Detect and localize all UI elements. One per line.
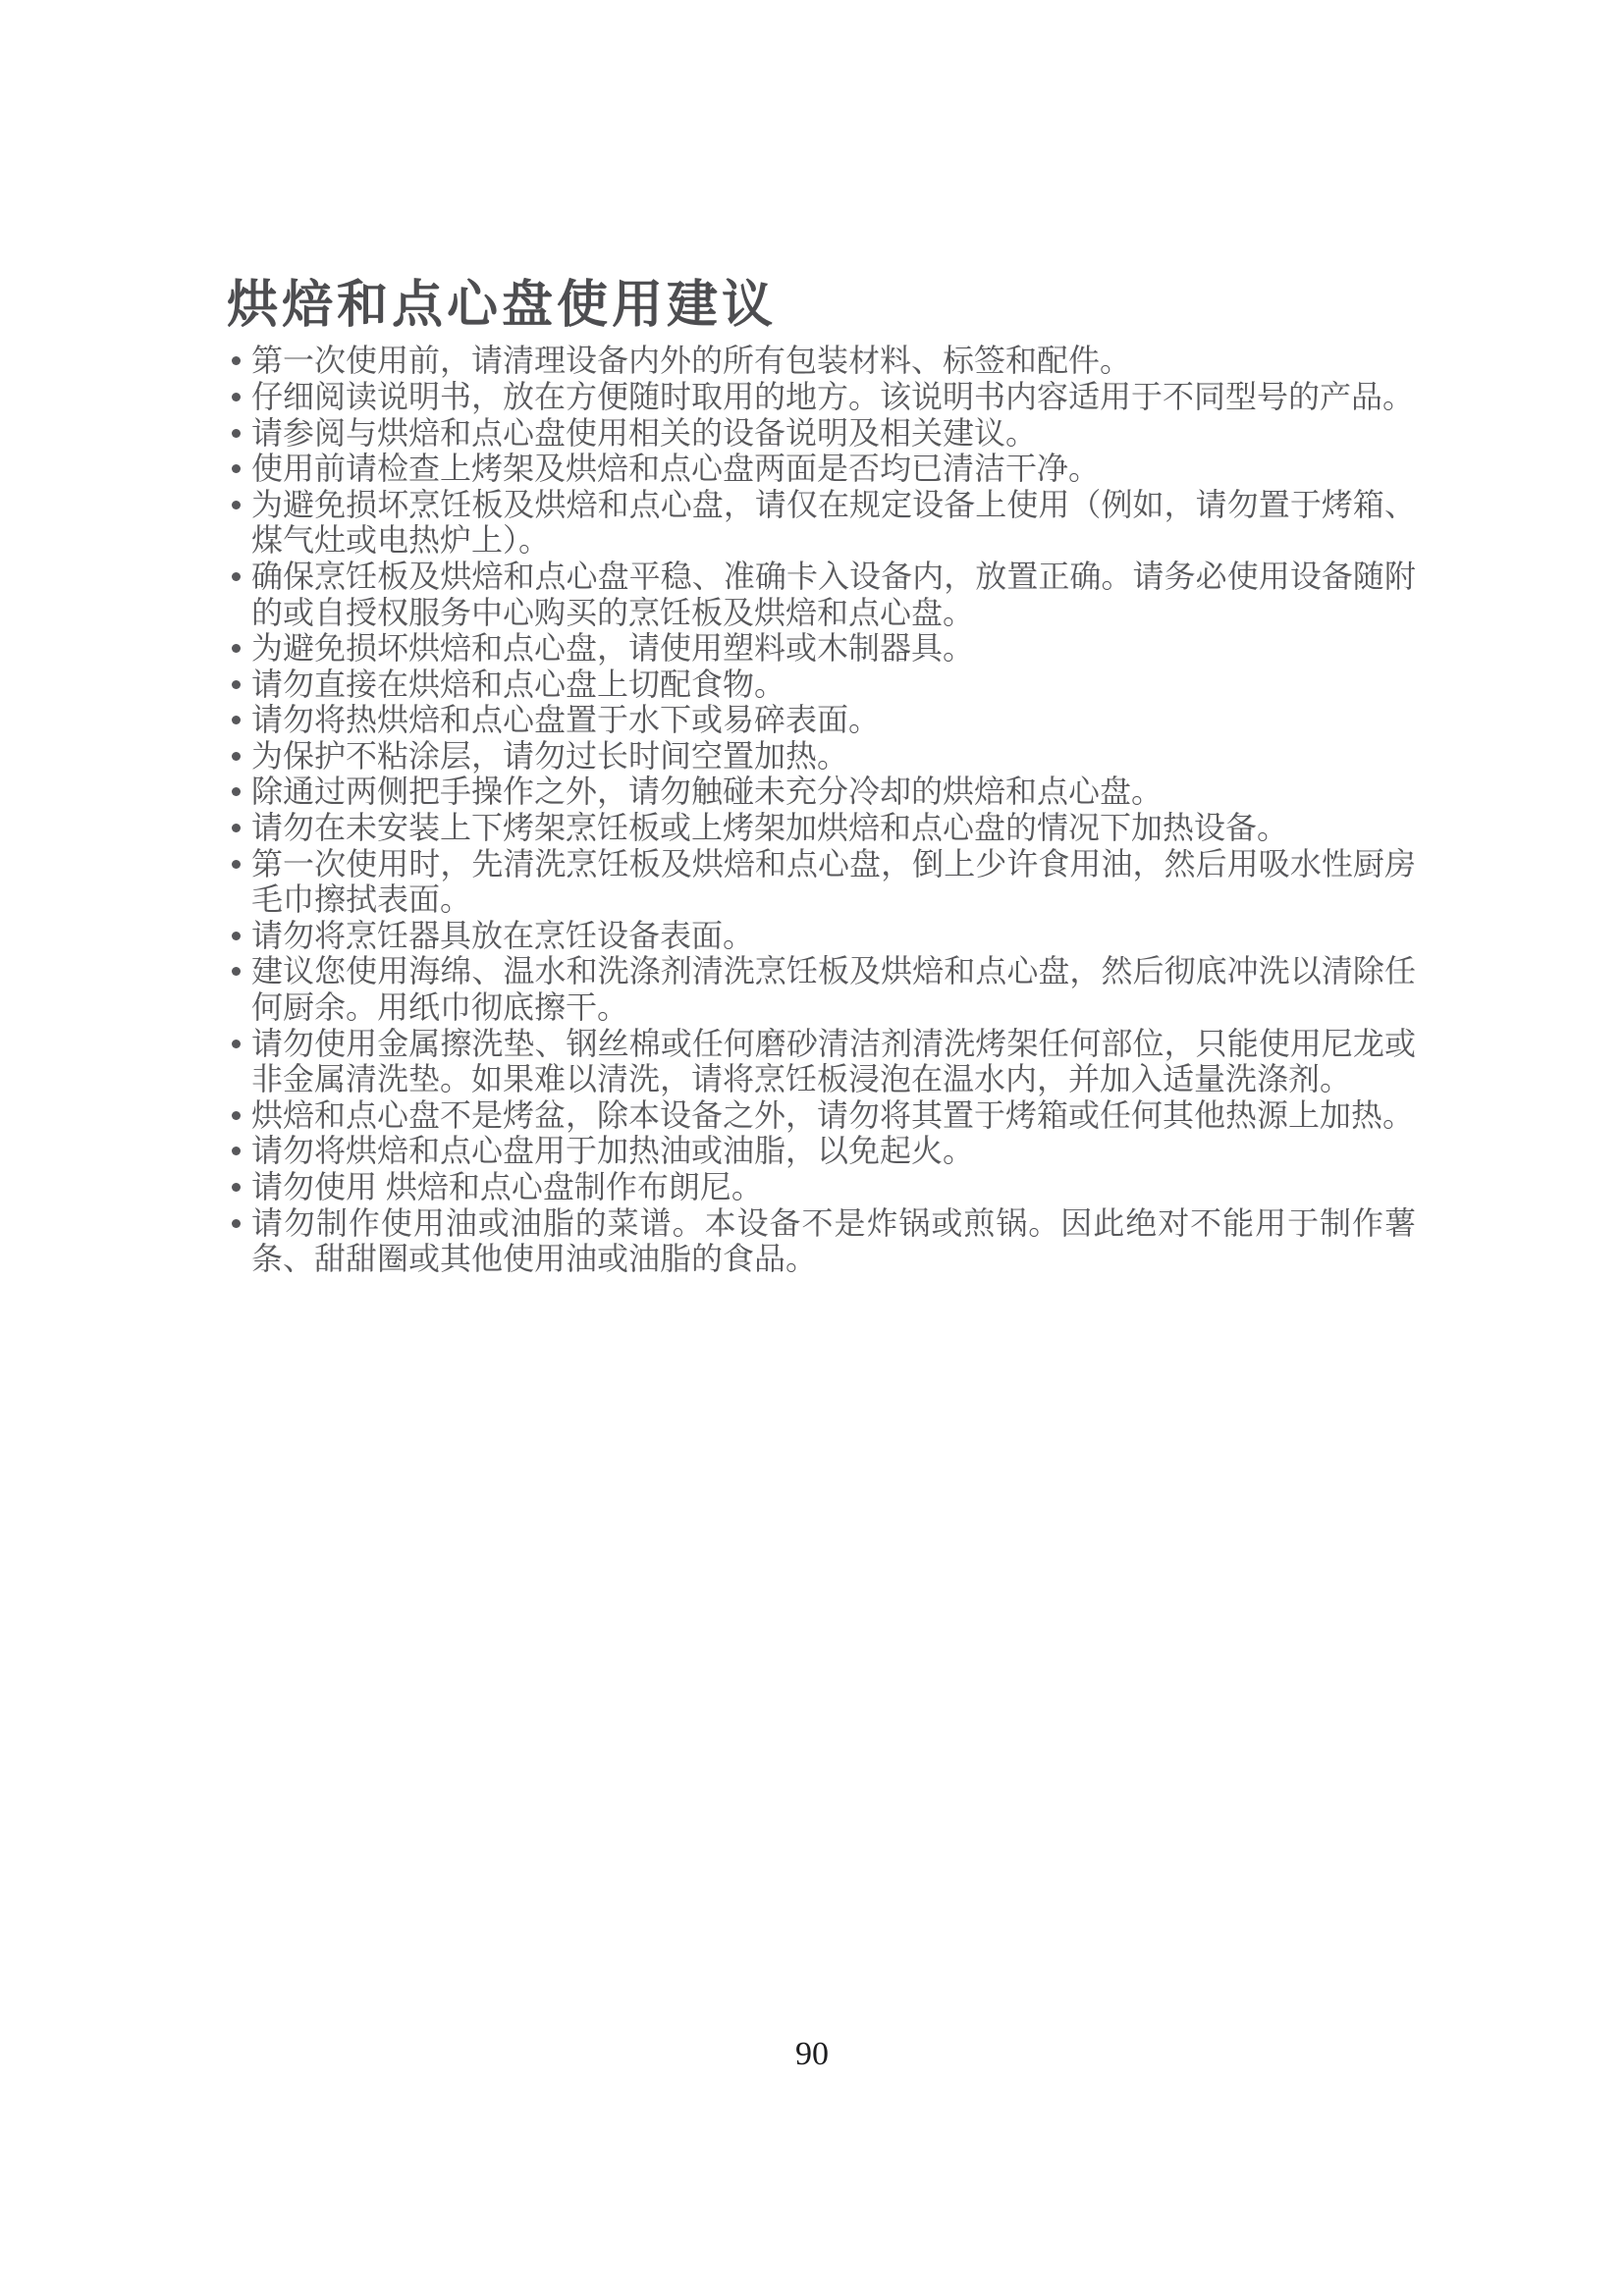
bullet-icon xyxy=(232,1111,241,1120)
bullet-icon xyxy=(232,429,241,438)
bullet-icon xyxy=(232,1147,241,1155)
instruction-text: 请勿将烘焙和点心盘用于加热油或油脂，以免起火。 xyxy=(251,1133,974,1168)
instruction-text: 请勿使用 烘焙和点心盘制作布朗尼。 xyxy=(251,1169,763,1204)
bullet-icon xyxy=(232,1219,241,1228)
bullet-icon xyxy=(232,716,241,724)
bullet-icon xyxy=(232,644,241,653)
page-content: 烘焙和点心盘使用建议 第一次使用前，请清理设备内外的所有包装材料、标签和配件。 … xyxy=(230,276,1416,1277)
instruction-text: 仔细阅读说明书，放在方便随时取用的地方。该说明书内容适用于不同型号的产品。 xyxy=(251,379,1414,414)
manual-page: 烘焙和点心盘使用建议 第一次使用前，请清理设备内外的所有包装材料、标签和配件。 … xyxy=(0,0,1624,2296)
instruction-text: 第一次使用时，先清洗烹饪板及烘焙和点心盘，倒上少许食用油，然后用吸水性厨房毛巾擦… xyxy=(251,846,1416,918)
instruction-text: 请勿将烹饪器具放在烹饪设备表面。 xyxy=(251,918,754,953)
instruction-item: 确保烹饪板及烘焙和点心盘平稳、准确卡入设备内，放置正确。请务必使用设备随附的或自… xyxy=(230,559,1416,630)
instruction-text: 请勿使用金属擦洗垫、钢丝棉或任何磨砂清洁剂清洗烤架任何部位，只能使用尼龙或非金属… xyxy=(251,1026,1416,1097)
instruction-item: 请勿使用金属擦洗垫、钢丝棉或任何磨砂清洁剂清洗烤架任何部位，只能使用尼龙或非金属… xyxy=(230,1026,1416,1097)
instruction-text: 请勿将热烘焙和点心盘置于水下或易碎表面。 xyxy=(251,702,880,737)
instruction-item: 请勿将烘焙和点心盘用于加热油或油脂，以免起火。 xyxy=(230,1133,1416,1169)
instruction-item: 第一次使用前，请清理设备内外的所有包装材料、标签和配件。 xyxy=(230,343,1416,379)
bullet-icon xyxy=(232,572,241,581)
instruction-item: 请勿在未安装上下烤架烹饪板或上烤架加烘焙和点心盘的情况下加热设备。 xyxy=(230,810,1416,846)
bullet-icon xyxy=(232,1183,241,1192)
instruction-item: 请勿将烹饪器具放在烹饪设备表面。 xyxy=(230,918,1416,954)
instruction-item: 为避免损坏烘焙和点心盘，请使用塑料或木制器具。 xyxy=(230,630,1416,667)
instruction-item: 请勿直接在烘焙和点心盘上切配食物。 xyxy=(230,667,1416,703)
instruction-text: 请勿制作使用油或油脂的菜谱。本设备不是炸锅或煎锅。因此绝对不能用于制作薯条、甜甜… xyxy=(251,1205,1416,1277)
instruction-list: 第一次使用前，请清理设备内外的所有包装材料、标签和配件。 仔细阅读说明书，放在方… xyxy=(230,343,1416,1276)
instruction-text: 为保护不粘涂层，请勿过长时间空置加热。 xyxy=(251,738,848,774)
instruction-text: 使用前请检查上烤架及烘焙和点心盘两面是否均已清洁干净。 xyxy=(251,451,1100,486)
instruction-item: 请勿使用 烘焙和点心盘制作布朗尼。 xyxy=(230,1169,1416,1205)
instruction-text: 请勿直接在烘焙和点心盘上切配食物。 xyxy=(251,667,785,702)
instruction-text: 确保烹饪板及烘焙和点心盘平稳、准确卡入设备内，放置正确。请务必使用设备随附的或自… xyxy=(251,559,1416,630)
instruction-item: 第一次使用时，先清洗烹饪板及烘焙和点心盘，倒上少许食用油，然后用吸水性厨房毛巾擦… xyxy=(230,846,1416,918)
instruction-item: 为保护不粘涂层，请勿过长时间空置加热。 xyxy=(230,738,1416,774)
bullet-icon xyxy=(232,1040,241,1048)
page-number: 90 xyxy=(0,2036,1624,2073)
instruction-item: 烘焙和点心盘不是烤盆，除本设备之外，请勿将其置于烤箱或任何其他热源上加热。 xyxy=(230,1097,1416,1134)
bullet-icon xyxy=(232,501,241,509)
instruction-text: 为避免损坏烹饪板及烘焙和点心盘，请仅在规定设备上使用（例如，请勿置于烤箱、煤气灶… xyxy=(251,487,1416,559)
instruction-item: 请参阅与烘焙和点心盘使用相关的设备说明及相关建议。 xyxy=(230,415,1416,452)
instruction-text: 建议您使用海绵、温水和洗涤剂清洗烹饪板及烘焙和点心盘，然后彻底冲洗以清除任何厨余… xyxy=(251,953,1416,1025)
bullet-icon xyxy=(232,680,241,689)
bullet-icon xyxy=(232,932,241,940)
instruction-item: 请勿制作使用油或油脂的菜谱。本设备不是炸锅或煎锅。因此绝对不能用于制作薯条、甜甜… xyxy=(230,1205,1416,1277)
bullet-icon xyxy=(232,752,241,761)
bullet-icon xyxy=(232,824,241,832)
instruction-item: 请勿将热烘焙和点心盘置于水下或易碎表面。 xyxy=(230,702,1416,738)
bullet-icon xyxy=(232,356,241,365)
bullet-icon xyxy=(232,860,241,869)
page-title: 烘焙和点心盘使用建议 xyxy=(227,276,1416,336)
instruction-item: 建议您使用海绵、温水和洗涤剂清洗烹饪板及烘焙和点心盘，然后彻底冲洗以清除任何厨余… xyxy=(230,953,1416,1025)
bullet-icon xyxy=(232,393,241,401)
instruction-text: 烘焙和点心盘不是烤盆，除本设备之外，请勿将其置于烤箱或任何其他热源上加热。 xyxy=(251,1097,1414,1133)
instruction-item: 为避免损坏烹饪板及烘焙和点心盘，请仅在规定设备上使用（例如，请勿置于烤箱、煤气灶… xyxy=(230,487,1416,559)
instruction-text: 请勿在未安装上下烤架烹饪板或上烤架加烘焙和点心盘的情况下加热设备。 xyxy=(251,810,1288,845)
bullet-icon xyxy=(232,967,241,976)
instruction-item: 使用前请检查上烤架及烘焙和点心盘两面是否均已清洁干净。 xyxy=(230,451,1416,487)
instruction-text: 为避免损坏烘焙和点心盘，请使用塑料或木制器具。 xyxy=(251,630,974,666)
instruction-text: 除通过两侧把手操作之外，请勿触碰未充分冷却的烘焙和点心盘。 xyxy=(251,774,1163,809)
bullet-icon xyxy=(232,464,241,473)
instruction-item: 仔细阅读说明书，放在方便随时取用的地方。该说明书内容适用于不同型号的产品。 xyxy=(230,379,1416,415)
instruction-text: 第一次使用前，请清理设备内外的所有包装材料、标签和配件。 xyxy=(251,343,1131,378)
bullet-icon xyxy=(232,787,241,796)
instruction-text: 请参阅与烘焙和点心盘使用相关的设备说明及相关建议。 xyxy=(251,415,1037,451)
instruction-item: 除通过两侧把手操作之外，请勿触碰未充分冷却的烘焙和点心盘。 xyxy=(230,774,1416,810)
